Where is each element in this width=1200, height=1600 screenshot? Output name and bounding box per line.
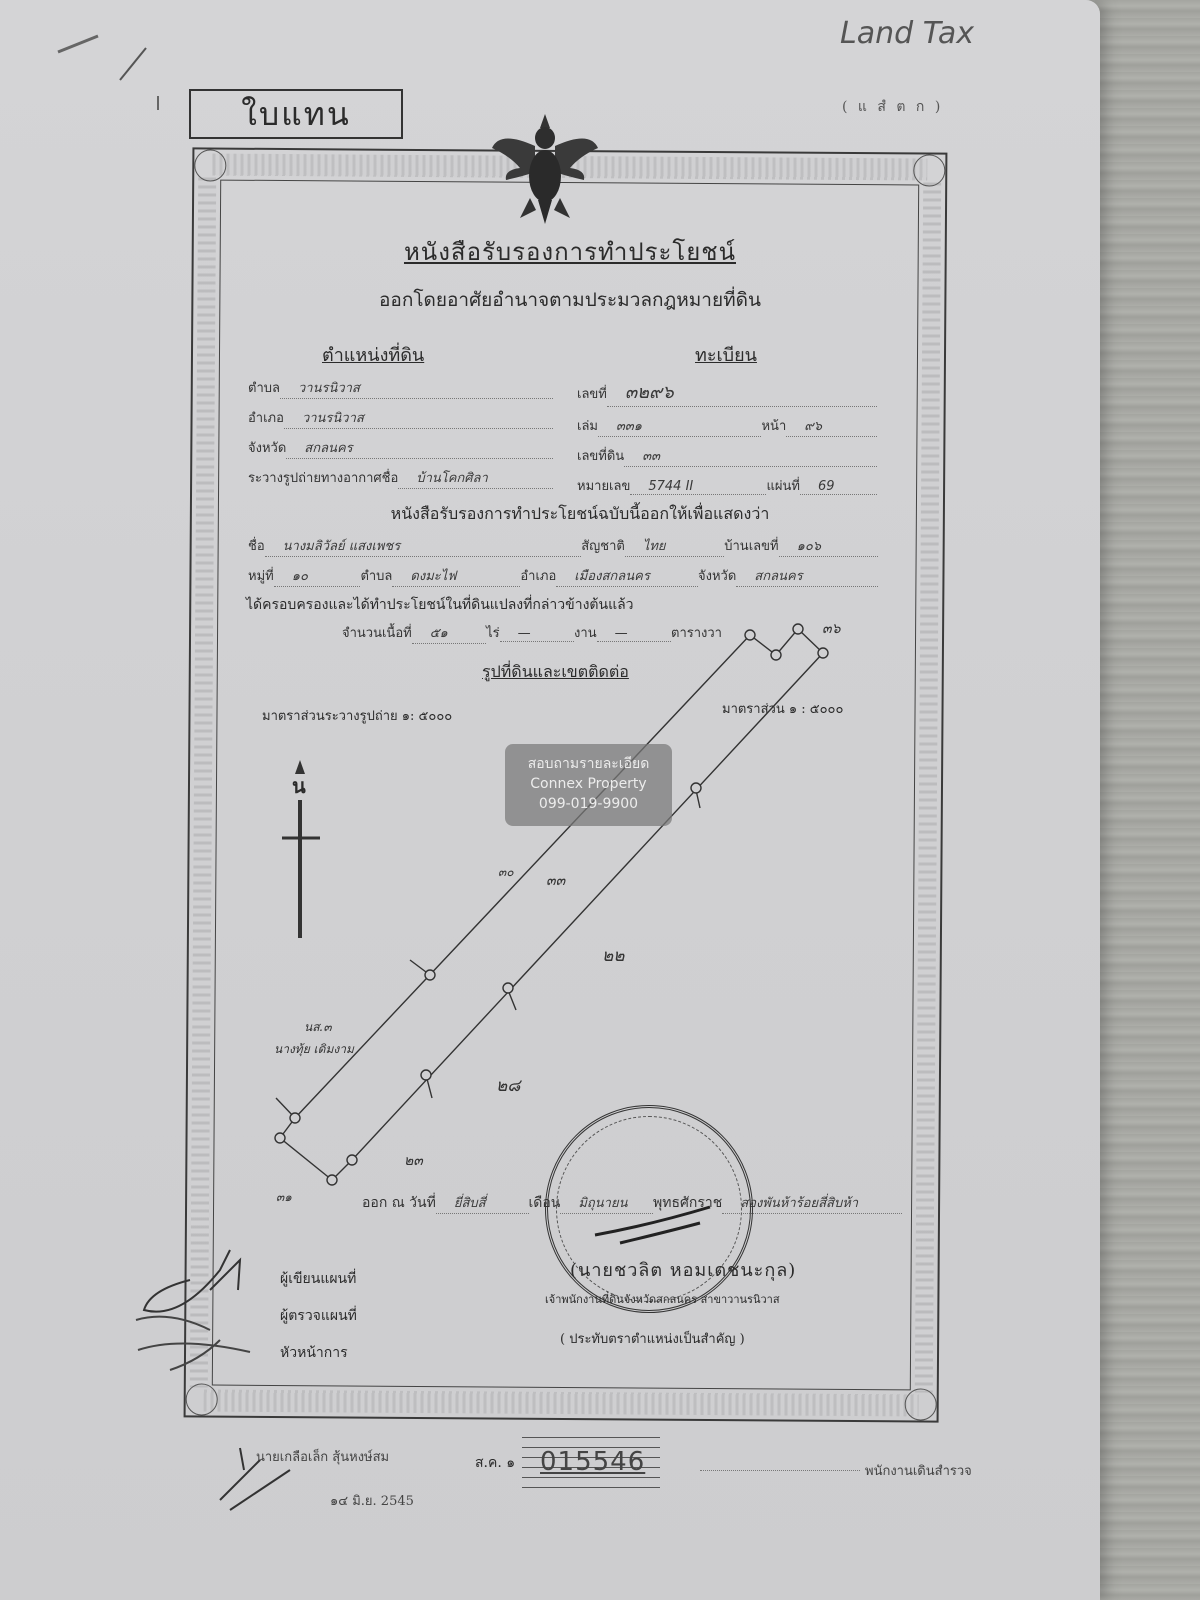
registry-heading: ทะเบียน <box>695 340 757 369</box>
map-label-bottom-left: ๓๑ <box>276 1188 292 1207</box>
official-map-checker: ผู้ตรวจแผนที่ <box>280 1305 357 1327</box>
field-province: จังหวัด สกลนคร <box>248 437 553 459</box>
copy-note: ( แ สํ ต ก ) <box>842 96 943 118</box>
frame-band-bottom <box>204 1389 919 1416</box>
signature-mark <box>590 1195 740 1245</box>
watermark-phone: 099-019-9900 <box>505 794 672 814</box>
garuda-emblem-icon <box>490 110 600 225</box>
official-signatures <box>130 1240 290 1380</box>
owner-row-2: หมู่ที่ ๑๐ ตำบล ดงมะไฟ อำเภอ เมืองสกลนคร… <box>248 565 878 587</box>
watermark-line-1: สอบถามรายละเอียด <box>505 754 672 774</box>
official-chief: หัวหน้าการ <box>280 1342 348 1364</box>
serial-number: 015546 <box>540 1447 645 1477</box>
corner-seal-icon <box>186 1383 218 1415</box>
land-certificate-page: Land Tax ใบแทน ( แ สํ ต ก ) หนังสือรับรอ… <box>0 0 1100 1600</box>
footer-right-note: พนักงานเดินสำรวจ <box>865 1460 972 1481</box>
field-sheet: หมายเลข 5744 II แผ่นที่ 69 <box>577 475 877 496</box>
owner-row-1: ชื่อ นางมลิวัลย์ แสงเพชร สัญชาติ ไทย บ้า… <box>248 535 878 557</box>
location-fields: ตำบล วานรนิวาส อำเภอ วานรนิวาส จังหวัด ส… <box>248 377 553 489</box>
contact-watermark: สอบถามรายละเอียด Connex Property 099-019… <box>505 744 672 826</box>
land-plot-map <box>260 620 880 1200</box>
owner-block: ชื่อ นางมลิวัลย์ แสงเพชร สัญชาติ ไทย บ้า… <box>248 535 878 593</box>
map-label-plot: ๓๓ <box>546 870 565 892</box>
table-surface <box>1095 0 1200 1600</box>
registry-fields: เลขที่ ๓๒๙๖ เล่ม ๓๓๑ หน้า ๙๖ เลขที่ดิน ๓… <box>577 377 877 496</box>
official-map-writer: ผู้เขียนแผนที่ <box>280 1268 356 1290</box>
replacement-label: ใบแทน <box>189 89 403 139</box>
frame-band-right <box>915 182 941 1392</box>
seal-note: ( ประทับตราตำแหน่งเป็นสำคัญ ) <box>560 1328 745 1349</box>
map-label-upper-left: ๓๐ <box>498 863 514 882</box>
signatory-position: เจ้าพนักงานที่ดินจังหวัดสกลนคร สาขาวานรน… <box>545 1290 815 1308</box>
map-label-top-right: ๓๖ <box>822 618 840 640</box>
pen-marks <box>40 20 180 130</box>
map-label-right-lower: ๒๘ <box>496 1072 520 1099</box>
watermark-line-2: Connex Property <box>505 774 672 794</box>
field-land-number: เลขที่ดิน ๓๓ <box>577 445 877 467</box>
owner-name: นางมลิวัลย์ แสงเพชร <box>265 535 582 557</box>
document-subtitle: ออกโดยอาศัยอำนาจตามประมวลกฎหมายที่ดิน <box>300 285 840 315</box>
possession-text: ได้ครอบครองและได้ทำประโยชน์ในที่ดินแปลงท… <box>246 594 634 616</box>
footer-signature <box>200 1420 310 1530</box>
field-tambon: ตำบล วานรนิวาส <box>248 377 553 399</box>
footer-date-stamp: ๑๔ มิ.ย. 2545 <box>330 1490 414 1511</box>
corner-seal-icon <box>194 149 226 181</box>
signatory-name: (นายชวลิต หอมเดชนะกุล) <box>570 1255 796 1284</box>
right-signature-line <box>700 1470 860 1471</box>
field-volume-page: เล่ม ๓๓๑ หน้า ๙๖ <box>577 415 877 437</box>
document-title: หนังสือรับรองการทำประโยชน์ <box>300 232 840 271</box>
map-label-lower: ๒๓ <box>404 1150 423 1172</box>
location-heading: ตำแหน่งที่ดิน <box>322 340 424 369</box>
neighbor-code: นส.๓ <box>304 1018 332 1037</box>
corner-seal-icon <box>913 154 945 186</box>
serial-prefix: ส.ค. ๑ <box>475 1452 515 1474</box>
field-aerial-sheet: ระวางรูปถ่ายทางอากาศชื่อ บ้านโคกศิลา <box>248 467 553 489</box>
field-number: เลขที่ ๓๒๙๖ <box>577 377 877 407</box>
neighbor-name: นางทุ้ย เดิมงาม <box>274 1040 354 1059</box>
corner-seal-icon <box>905 1388 937 1420</box>
certify-text: หนังสือรับรองการทำประโยชน์ฉบับนี้ออกให้เ… <box>300 502 860 527</box>
map-label-right-upper: ๒๒ <box>602 942 624 969</box>
handwritten-note: Land Tax <box>840 16 974 51</box>
field-amphoe: อำเภอ วานรนิวาส <box>248 407 553 429</box>
